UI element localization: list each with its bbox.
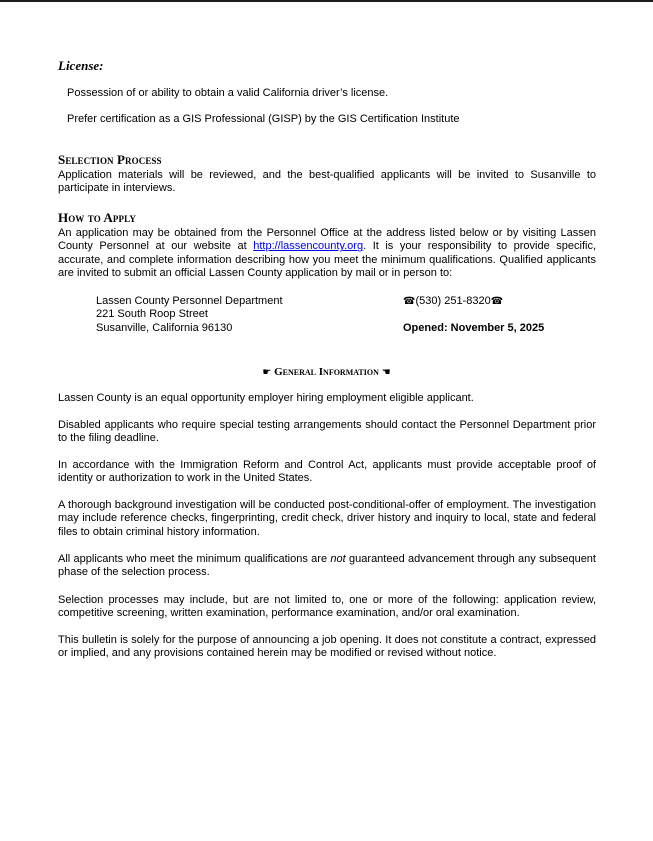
general-info-paragraph: Lassen County is an equal opportunity em… <box>58 392 596 405</box>
address-line: 221 South Roop Street <box>96 308 283 321</box>
general-info-paragraph: In accordance with the Immigration Refor… <box>58 459 596 486</box>
website-link[interactable]: http://lassencounty.org <box>253 240 363 252</box>
opened-date: Opened: November 5, 2025 <box>403 322 544 334</box>
phone-number: ☎(530) 251-8320☎ <box>403 295 503 307</box>
license-heading: License: <box>58 58 103 74</box>
telephone-icon: ☎ <box>403 296 415 307</box>
telephone-icon: ☎ <box>491 296 503 307</box>
license-item: Prefer certification as a GIS Profession… <box>67 113 460 125</box>
license-item: Possession of or ability to obtain a val… <box>67 87 388 99</box>
page-top-border <box>0 0 653 2</box>
general-info-paragraph: This bulletin is solely for the purpose … <box>58 634 596 661</box>
selection-process-heading: Selection Process <box>58 152 162 168</box>
general-info-paragraph: All applicants who meet the minimum qual… <box>58 553 596 580</box>
general-info-paragraph: A thorough background investigation will… <box>58 499 596 539</box>
mailing-address: Lassen County Personnel Department 221 S… <box>96 295 283 335</box>
general-information-heading: ☛ General Information ☚ <box>0 366 653 378</box>
how-to-apply-heading: How to Apply <box>58 210 136 226</box>
general-info-paragraph: Selection processes may include, but are… <box>58 594 596 621</box>
address-line: Susanville, California 96130 <box>96 322 283 335</box>
pointing-hand-right-icon: ☛ <box>262 367 271 378</box>
general-info-paragraph: Disabled applicants who require special … <box>58 419 596 446</box>
pointing-hand-left-icon: ☚ <box>382 367 391 378</box>
how-to-apply-text: An application may be obtained from the … <box>58 227 596 281</box>
address-line: Lassen County Personnel Department <box>96 295 283 308</box>
selection-process-text: Application materials will be reviewed, … <box>58 169 596 196</box>
